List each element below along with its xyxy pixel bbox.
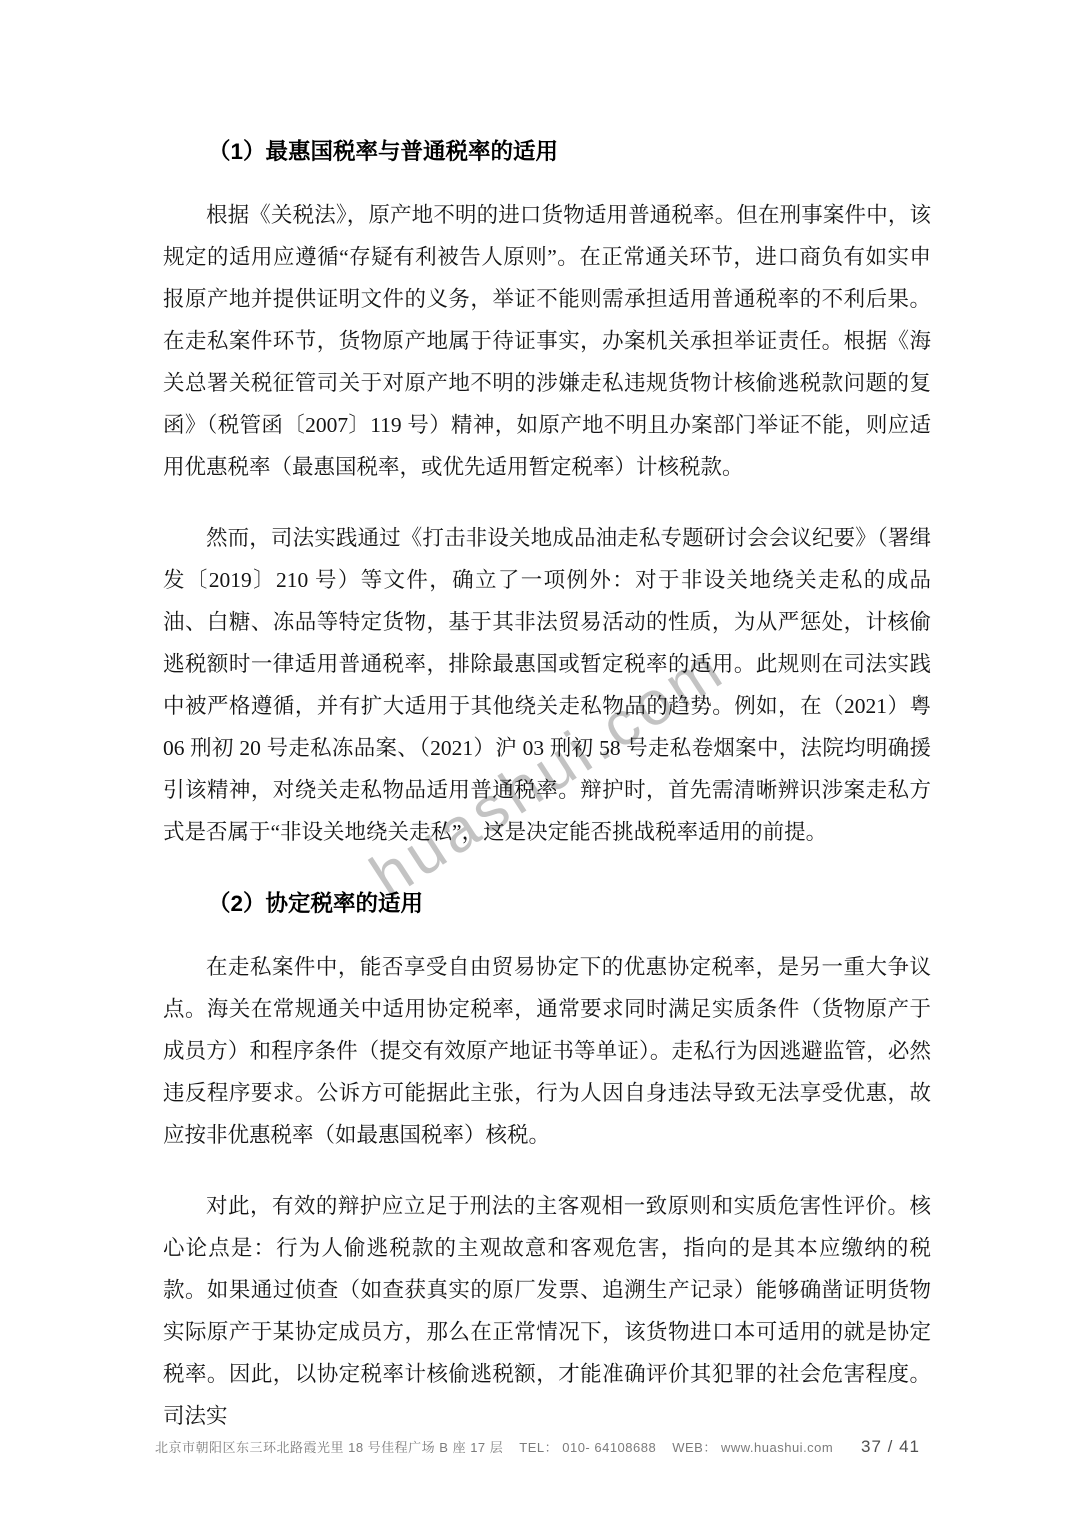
footer-web-url: www.huashui.com bbox=[721, 1440, 833, 1455]
document-page: huashui.com （1）最惠国税率与普通税率的适用 根据《关税法》，原产地… bbox=[0, 0, 1080, 1528]
section-heading-2: （2）协定税率的适用 bbox=[163, 882, 931, 926]
paragraph-4: 对此，有效的辩护应立足于刑法的主客观相一致原则和实质危害性评价。核心论点是：行为… bbox=[163, 1185, 931, 1437]
page-footer: 北京市朝阳区东三环北路霞光里 18 号佳程广场 B 座 17 层 TEL： 01… bbox=[155, 1437, 920, 1457]
document-content: （1）最惠国税率与普通税率的适用 根据《关税法》，原产地不明的进口货物适用普通税… bbox=[163, 130, 931, 1437]
footer-contact-info: 北京市朝阳区东三环北路霞光里 18 号佳程广场 B 座 17 层 TEL： 01… bbox=[155, 1437, 833, 1456]
footer-web: WEB： www.huashui.com bbox=[672, 1437, 833, 1456]
paragraph-1: 根据《关税法》，原产地不明的进口货物适用普通税率。但在刑事案件中，该规定的适用应… bbox=[163, 194, 931, 488]
footer-tel: TEL： 010- 64108688 bbox=[519, 1437, 656, 1456]
paragraph-3: 在走私案件中，能否享受自由贸易协定下的优惠协定税率，是另一重大争议点。海关在常规… bbox=[163, 946, 931, 1156]
paragraph-2: 然而，司法实践通过《打击非设关地成品油走私专题研讨会会议纪要》（署缉发〔2019… bbox=[163, 517, 931, 853]
footer-web-label: WEB： bbox=[672, 1440, 717, 1455]
footer-tel-number: 010- 64108688 bbox=[562, 1440, 656, 1455]
footer-tel-label: TEL： bbox=[519, 1440, 558, 1455]
footer-address: 北京市朝阳区东三环北路霞光里 18 号佳程广场 B 座 17 层 bbox=[155, 1437, 503, 1456]
page-number: 37 / 41 bbox=[861, 1437, 920, 1457]
section-heading-1: （1）最惠国税率与普通税率的适用 bbox=[163, 130, 931, 174]
